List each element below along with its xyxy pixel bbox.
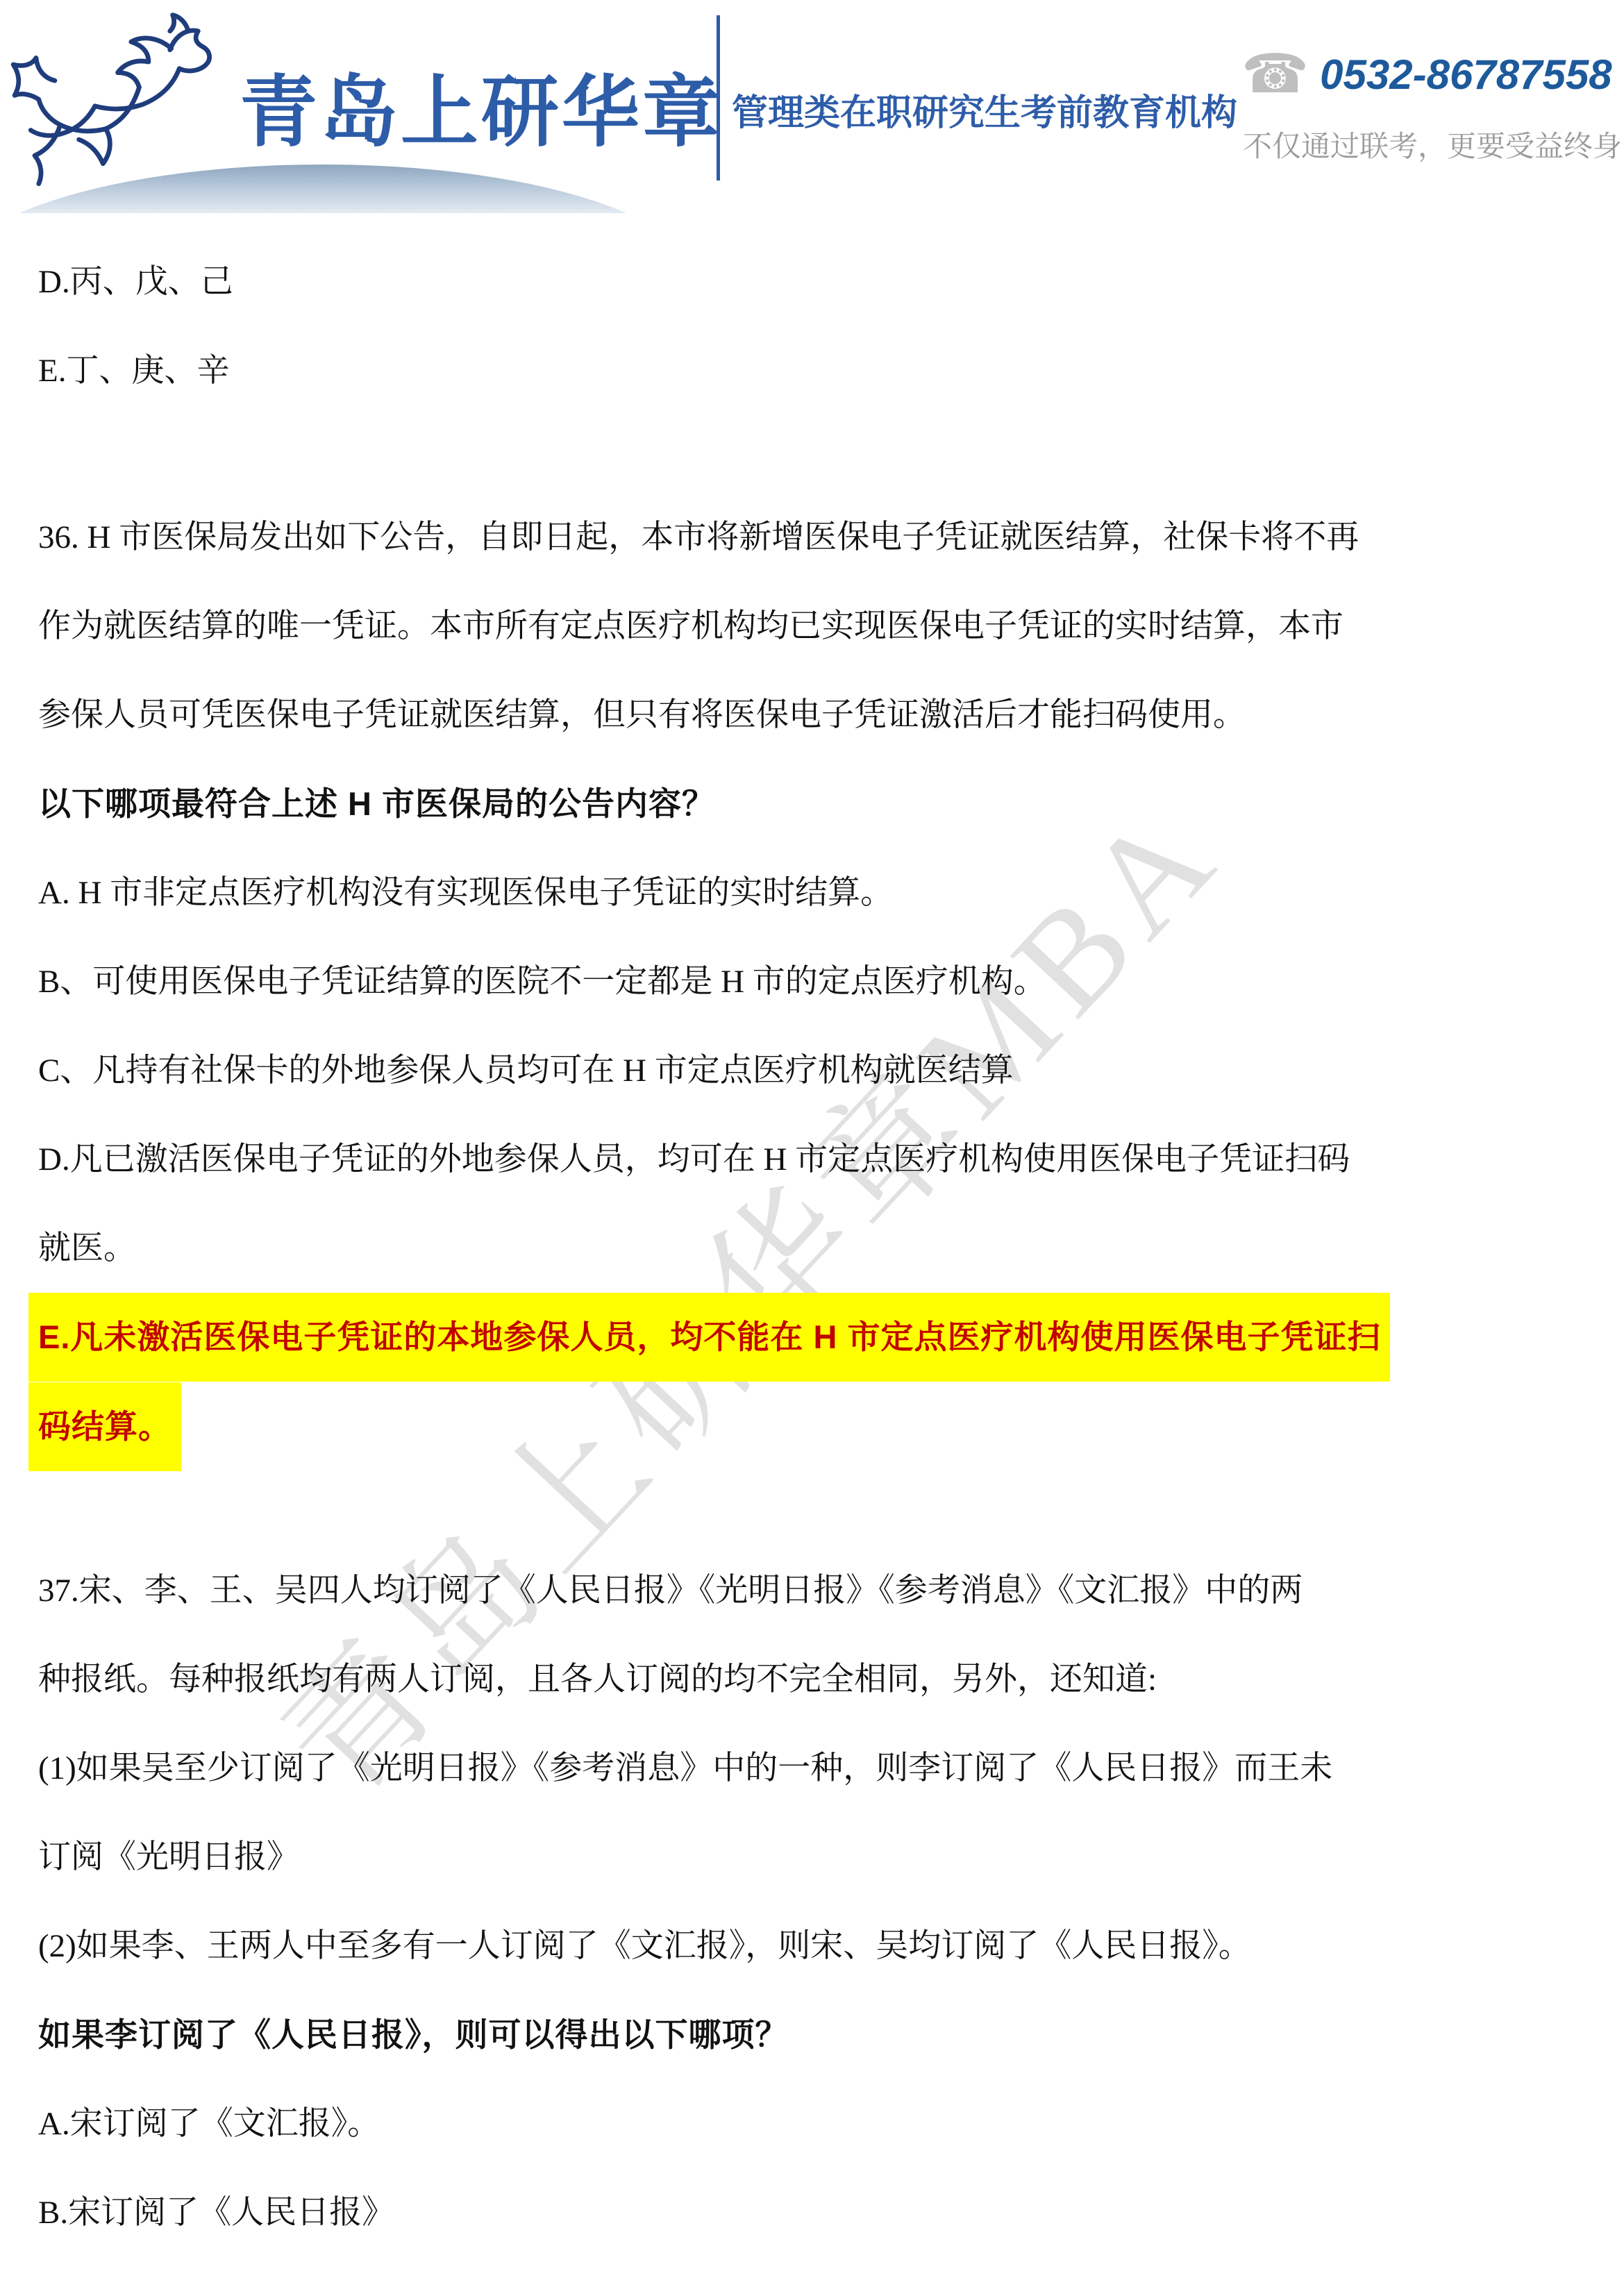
brand-subtitle: 管理类在职研究生考前教育机构 — [732, 83, 1237, 135]
q36-option-c: C、凡持有社保卡的外地参保人员均可在 H 市定点医疗机构就医结算 — [38, 1026, 1597, 1115]
brand-title: 青岛上研华章 — [240, 50, 723, 162]
q36-stem-line: 参保人员可凭医保电子凭证就医结算，但只有将医保电子凭证激活后才能扫码使用。 — [38, 671, 1597, 760]
highlighted-answer-text: 码结算。 — [28, 1382, 181, 1471]
q37-question: 如果李订阅了《人民日报》，则可以得出以下哪项？ — [38, 1991, 1597, 2079]
q36-option-a: A. H 市非定点医疗机构没有实现医保电子凭证的实时结算。 — [38, 848, 1597, 937]
header: 青岛上研华章 管理类在职研究生考前教育机构 ☎ 0532-86787558 不仅… — [0, 0, 1624, 215]
q37-condition-line: (2)如果李、王两人中至多有一人订阅了《文汇报》，则宋、吴均订阅了《人民日报》。 — [38, 1902, 1597, 1991]
q36-option-e-highlight-line: 码结算。 — [38, 1382, 1597, 1472]
telephone-icon: ☎ — [1241, 47, 1309, 101]
phone-number: 0532-86787558 — [1320, 51, 1612, 99]
header-swoosh — [0, 165, 684, 213]
q36-stem-line: 作为就医结算的唯一凭证。本市所有定点医疗机构均已实现医保电子凭证的实时结算，本市 — [38, 582, 1597, 671]
q37-option-a: A.宋订阅了《文汇报》。 — [38, 2079, 1597, 2168]
q36-stem-line: 36. H 市医保局发出如下公告，自即日起，本市将新增医保电子凭证就医结算，社保… — [38, 493, 1597, 582]
q37-stem-line: 种报纸。每种报纸均有两人订阅，且各人订阅的均不完全相同，另外，还知道: — [38, 1635, 1597, 1724]
document-page: 青岛上研华章 管理类在职研究生考前教育机构 ☎ 0532-86787558 不仅… — [0, 0, 1624, 2296]
q37-condition-line: (1)如果吴至少订阅了《光明日报》《参考消息》中的一种，则李订阅了《人民日报》而… — [38, 1724, 1597, 1813]
q36-option-b: B、可使用医保电子凭证结算的医院不一定都是 H 市的定点医疗机构。 — [38, 937, 1597, 1026]
prev-option-d: D.丙、戊、己 — [38, 237, 1597, 326]
q36-option-d-line: 就医。 — [38, 1204, 1597, 1293]
q36-option-d-line: D.凡已激活医保电子凭证的外地参保人员，均可在 H 市定点医疗机构使用医保电子凭… — [38, 1115, 1597, 1204]
q37-stem-line: 37.宋、李、王、吴四人均订阅了《人民日报》《光明日报》《参考消息》《文汇报》中… — [38, 1546, 1597, 1635]
highlighted-answer-text: E.凡未激活医保电子凭证的本地参保人员，均不能在 H 市定点医疗机构使用医保电子… — [28, 1293, 1390, 1382]
header-divider — [717, 15, 720, 181]
header-tagline: 不仅通过联考，更要受益终身 — [1243, 124, 1622, 165]
phone-row: ☎ 0532-86787558 — [1241, 47, 1612, 101]
prev-option-e: E.丁、庚、辛 — [38, 326, 1597, 415]
q37-option-b: B.宋订阅了《人民日报》 — [38, 2168, 1597, 2257]
content: D.丙、戊、己 E.丁、庚、辛 36. H 市医保局发出如下公告，自即日起，本市… — [38, 237, 1597, 2257]
q37-condition-line: 订阅《光明日报》 — [38, 1813, 1597, 1902]
q36-option-e-highlight-line: E.凡未激活医保电子凭证的本地参保人员，均不能在 H 市定点医疗机构使用医保电子… — [38, 1293, 1597, 1382]
q36-question: 以下哪项最符合上述 H 市医保局的公告内容？ — [38, 760, 1597, 848]
